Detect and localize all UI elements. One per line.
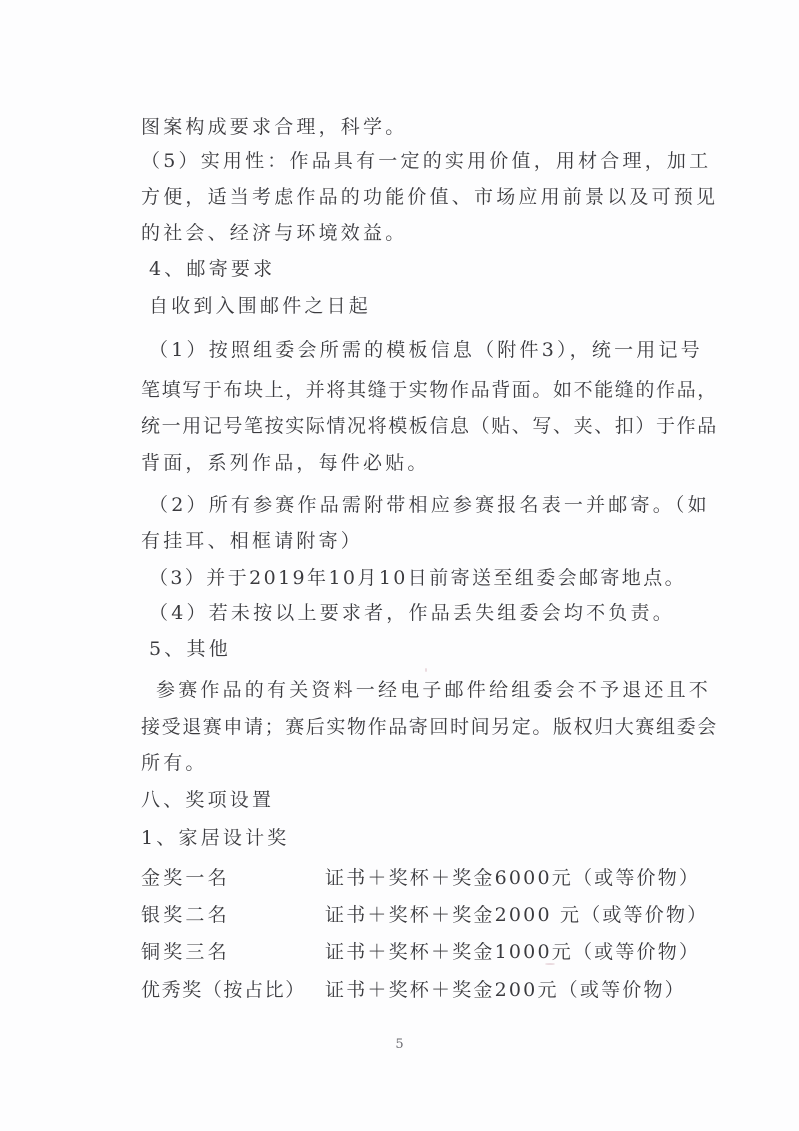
award-prize: 证书＋奖杯＋奖金2000 元（或等价物） [325, 903, 708, 927]
section-heading: 4、邮寄要求 [149, 257, 275, 281]
award-name: 优秀奖（按占比） [141, 978, 306, 1002]
document-page: 图案构成要求合理，科学。 （5）实用性：作品具有一定的实用价值，用材合理，加工 … [0, 0, 799, 1131]
award-name: 金奖一名 [141, 866, 230, 890]
paragraph-line: 的社会、经济与环境效益。 [141, 221, 407, 245]
scan-speck [425, 668, 427, 672]
subsection-heading: 1、家居设计奖 [141, 826, 290, 850]
paragraph-line: （1）按照组委会所需的模板信息（附件3），统一用记号 [149, 338, 689, 362]
award-name: 铜奖三名 [141, 940, 230, 964]
paragraph-line: （4）若未按以上要求者，作品丢失组委会均不负责。 [149, 601, 675, 625]
paragraph-line: 笔填写于布块上，并将其缝于实物作品背面。如不能缝的作品， [141, 378, 697, 402]
paragraph-line: 接受退赛申请；赛后实物作品寄回时间另定。版权归大赛组委会 [141, 715, 697, 739]
paragraph-line: 参赛作品的有关资料一经电子邮件给组委会不予退还且不 [156, 678, 692, 702]
paragraph-line: 有挂耳、相框请附寄） [141, 529, 363, 553]
paragraph-line: （2）所有参赛作品需附带相应参赛报名表一并邮寄。（如 [149, 493, 693, 517]
section-heading: 5、其他 [149, 637, 231, 661]
award-prize: 证书＋奖杯＋奖金1000元（或等价物） [325, 940, 700, 964]
paragraph-line: 背面，系列作品，每件必贴。 [141, 451, 430, 475]
award-prize: 证书＋奖杯＋奖金200元（或等价物） [325, 978, 686, 1002]
paragraph-line: 图案构成要求合理，科学。 [141, 115, 407, 139]
paragraph-line: 自收到入围邮件之日起 [149, 294, 371, 318]
paragraph-line: （3）并于2019年10月10日前寄送至组委会邮寄地点。 [149, 566, 686, 590]
scan-speck [545, 963, 555, 965]
page-number: 5 [0, 1037, 799, 1052]
paragraph-line: 方便，适当考虑作品的功能价值、市场应用前景以及可预见 [141, 185, 701, 209]
section-heading: 八、奖项设置 [141, 788, 274, 812]
paragraph-line: 统一用记号笔按实际情况将模板信息（贴、写、夹、扣）于作品 [141, 414, 697, 438]
paragraph-line: 所有。 [141, 751, 208, 775]
award-prize: 证书＋奖杯＋奖金6000元（或等价物） [325, 866, 700, 890]
award-name: 银奖二名 [141, 903, 230, 927]
paragraph-line: （5）实用性：作品具有一定的实用价值，用材合理，加工 [141, 149, 701, 173]
